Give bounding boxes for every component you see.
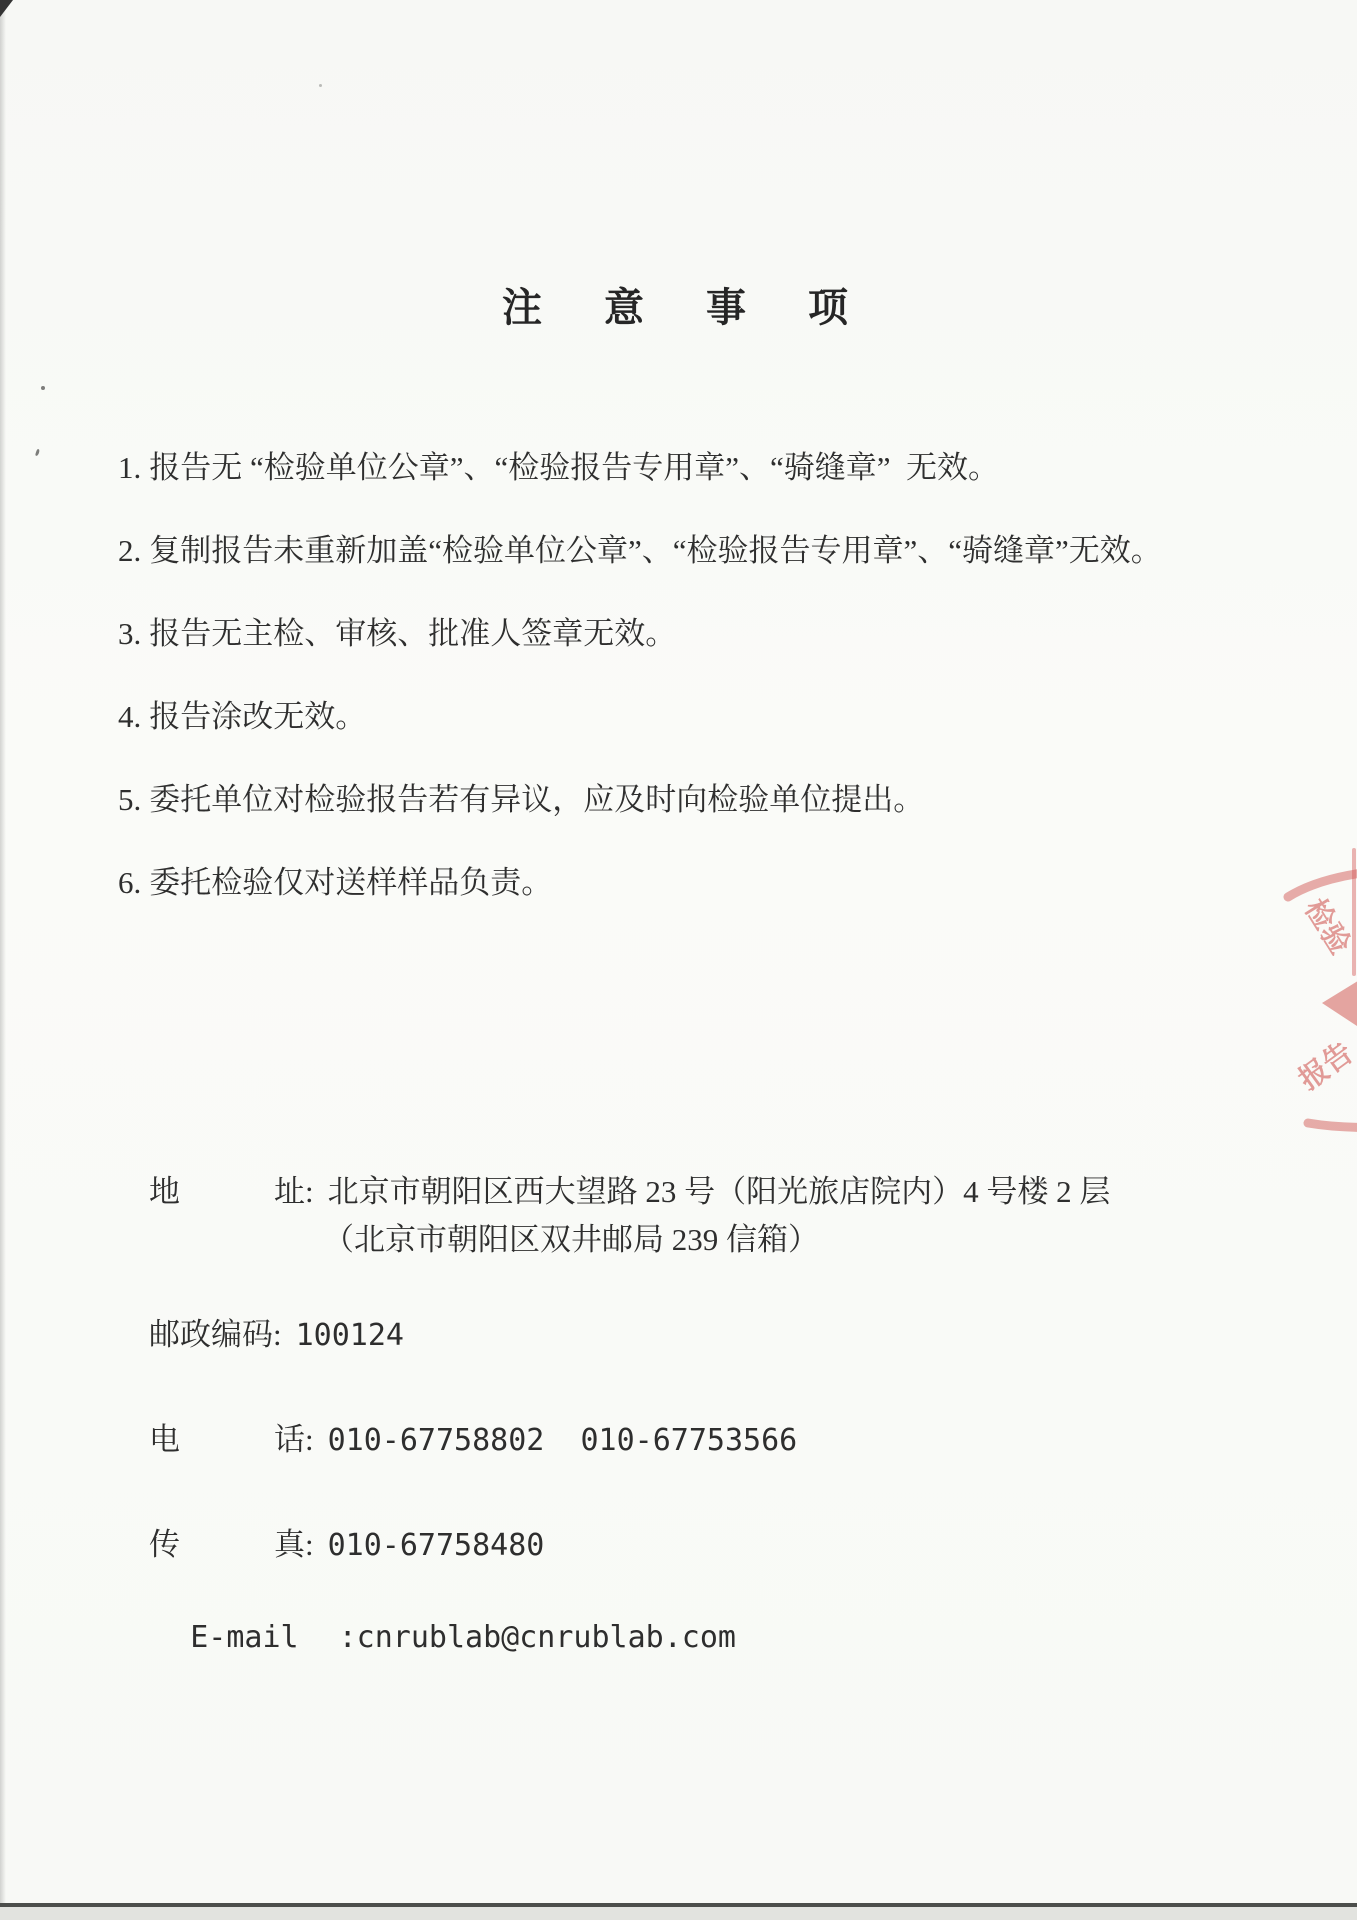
phone-label-suffix: 话:	[274, 1422, 314, 1457]
email-row: E-mail:cnrublab@cnrublab.com	[118, 1584, 736, 1692]
ink-speck	[35, 449, 40, 457]
fax-label: 传	[149, 1527, 180, 1562]
seal-arc-top	[1288, 868, 1357, 897]
notice-text: 报告无主检、审核、批准人签章无效。	[149, 616, 676, 651]
document-page: 注意事项 1.报告无 “检验单位公章”、“检验报告专用章”、“骑缝章” 无效。 …	[0, 0, 1357, 1920]
notice-number: 1.	[118, 450, 141, 485]
scan-corner-mark	[0, 0, 13, 17]
postal-value: 100124	[296, 1318, 404, 1353]
seal-edge-smear	[1352, 848, 1356, 976]
notice-number: 2.	[118, 533, 141, 568]
notice-text: 复制报告未重新加盖“检验单位公章”、“检验报告专用章”、“骑缝章”无效。	[149, 533, 1162, 568]
left-edge-scan-shadow	[0, 0, 6, 1920]
page-title: 注意事项	[502, 288, 910, 328]
red-seal-graphic: 检验 报告	[1262, 845, 1357, 1137]
ink-speck	[319, 84, 322, 87]
notice-item: 6.委托检验仅对送样样品负责。	[118, 867, 1162, 898]
fax-value: 010-67758480	[328, 1528, 545, 1563]
notice-item: 1.报告无 “检验单位公章”、“检验报告专用章”、“骑缝章” 无效。	[118, 452, 1162, 483]
notice-item: 4.报告涂改无效。	[118, 701, 1162, 732]
notice-text: 报告无 “检验单位公章”、“检验报告专用章”、“骑缝章” 无效。	[149, 450, 999, 485]
postal-label: 邮政编码:	[149, 1317, 282, 1352]
notice-list: 1.报告无 “检验单位公章”、“检验报告专用章”、“骑缝章” 无效。 2.复制报…	[118, 452, 1162, 950]
scanner-background-strip	[0, 1907, 1357, 1920]
notice-number: 6.	[118, 865, 141, 900]
phone-label: 电	[149, 1422, 180, 1457]
email-value: :cnrublab@cnrublab.com	[339, 1620, 736, 1655]
red-seal-stamp: 检验 报告	[1262, 845, 1357, 1137]
notice-item: 3.报告无主检、审核、批准人签章无效。	[118, 618, 1162, 649]
notice-number: 5.	[118, 782, 141, 817]
notice-item: 5.委托单位对检验报告若有异议，应及时向检验单位提出。	[118, 784, 1162, 815]
postal-row: 邮政编码:100124	[118, 1279, 404, 1391]
seal-text-lower: 报告	[1292, 1035, 1357, 1097]
fax-label-suffix: 真:	[274, 1527, 314, 1562]
phone-row: 电话:010-67758802 010-67753566	[118, 1384, 797, 1496]
phone-value: 010-67758802 010-67753566	[328, 1423, 798, 1458]
address-label: 地	[149, 1174, 180, 1209]
notice-text: 委托检验仅对送样样品负责。	[149, 865, 552, 900]
seal-text-upper: 检验	[1298, 893, 1357, 960]
notice-item: 2.复制报告未重新加盖“检验单位公章”、“检验报告专用章”、“骑缝章”无效。	[118, 535, 1162, 566]
seal-arc-bottom	[1308, 1097, 1357, 1127]
ink-speck	[41, 386, 45, 390]
address-value-line2: （北京市朝阳区双井邮局 239 信箱）	[323, 1222, 819, 1257]
email-label: E-mail	[190, 1620, 298, 1655]
notice-number: 3.	[118, 616, 141, 651]
notice-text: 报告涂改无效。	[149, 699, 366, 734]
notice-text: 委托单位对检验报告若有异议，应及时向检验单位提出。	[149, 782, 924, 817]
notice-number: 4.	[118, 699, 141, 734]
